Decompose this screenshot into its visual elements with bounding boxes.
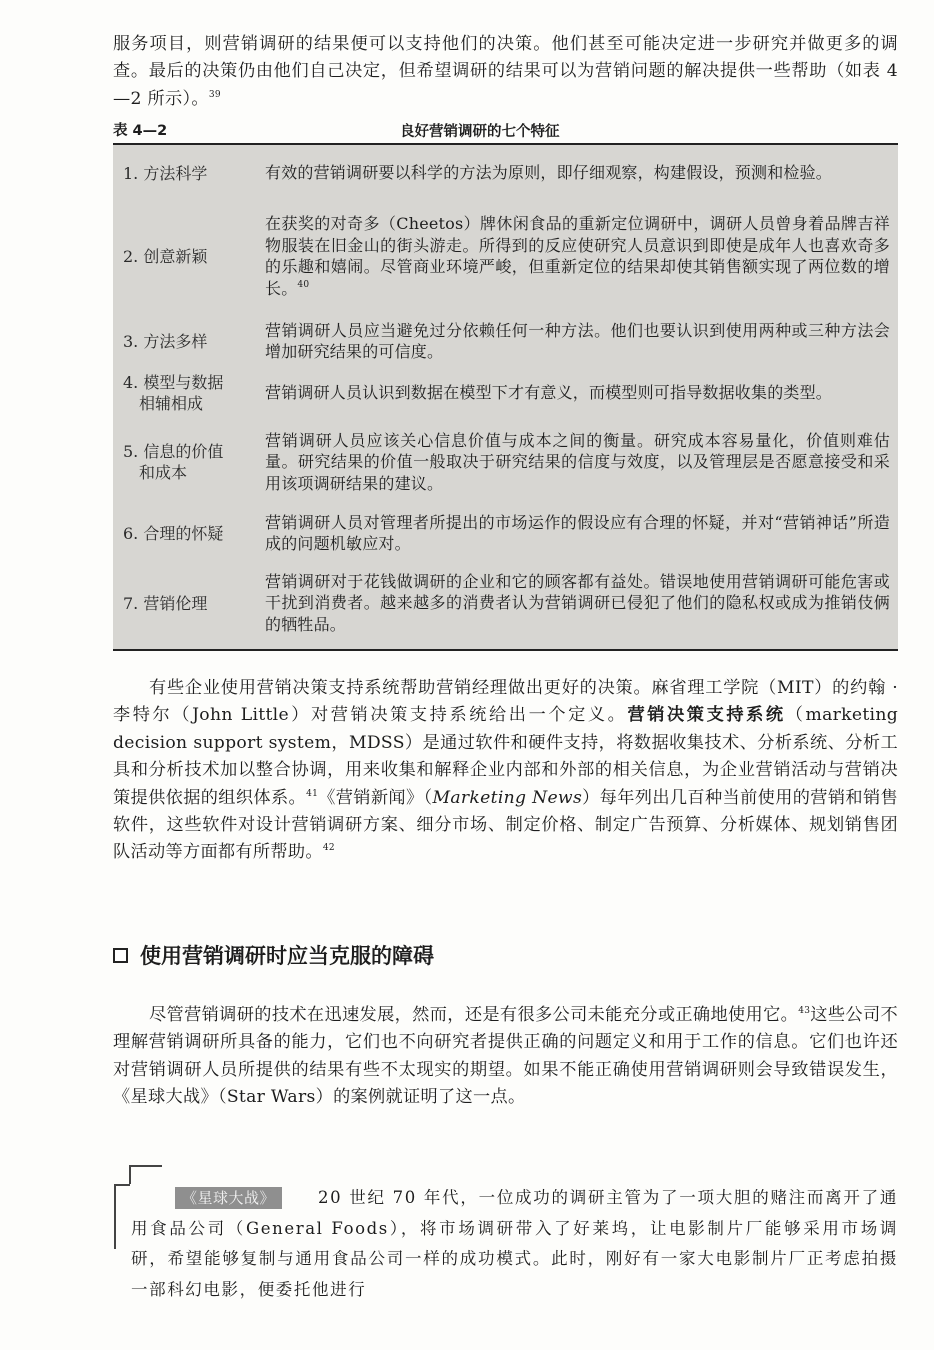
table-row: 6. 合理的怀疑 营销调研人员对管理者所提出的市场运作的假设应有合理的怀疑，并对… (113, 503, 898, 563)
corner-bracket-decoration (114, 1184, 130, 1186)
table-row: 3. 方法多样 营销调研人员应当避免过分依赖任何一种方法。他们也要认识到使用两种… (113, 317, 898, 365)
obstacles-paragraph: 尽管营销调研的技术在迅速发展，然而，还是有很多公司未能充分或正确地使用它。43这… (113, 1002, 898, 1112)
footnote-ref: 43 (798, 1006, 810, 1016)
row-description: 营销调研人员对管理者所提出的市场运作的假设应有合理的怀疑，并对“营销神话”所造成… (265, 512, 898, 555)
case-study-tag: 《星球大战》 (175, 1187, 282, 1209)
row-description: 在获奖的对奇多（Cheetos）牌休闲食品的重新定位调研中，调研人员曾身着品牌吉… (265, 213, 898, 299)
corner-bracket-decoration (129, 1165, 162, 1167)
row-description: 营销调研对于花钱做调研的企业和它的顾客都有益处。错误地使用营销调研可能危害或干扰… (265, 571, 898, 636)
row-label: 6. 合理的怀疑 (113, 523, 265, 544)
table-row: 1. 方法科学 有效的营销调研要以科学的方法为原则，即仔细观察，构建假设，预测和… (113, 151, 898, 195)
corner-bracket-decoration (114, 1184, 116, 1249)
row-label: 1. 方法科学 (113, 163, 265, 184)
row-label: 4. 模型与数据相辅相成 (113, 372, 265, 414)
square-bullet-icon (113, 948, 128, 963)
publication-title: Marketing News (432, 788, 582, 808)
table-title: 良好营销调研的七个特征 (400, 120, 560, 141)
footnote-ref: 41 (306, 789, 318, 799)
case-study-text: 《星球大战》20 世纪 70 年代，一位成功的调研主管为了一项大胆的赌注而离开了… (131, 1183, 898, 1305)
row-description: 营销调研人员应当避免过分依赖任何一种方法。他们也要认识到使用两种或三种方法会增加… (265, 320, 898, 363)
key-term: 营销决策支持系统 (627, 705, 785, 725)
footnote-ref: 40 (297, 280, 309, 290)
intro-paragraph: 服务项目，则营销调研的结果便可以支持他们的决策。他们甚至可能决定进一步研究并做更… (113, 31, 898, 113)
corner-bracket-decoration (129, 1165, 131, 1184)
row-label: 7. 营销伦理 (113, 593, 265, 614)
footnote-ref: 39 (209, 90, 221, 100)
row-label: 3. 方法多样 (113, 331, 265, 352)
table-row: 7. 营销伦理 营销调研对于花钱做调研的企业和它的顾客都有益处。错误地使用营销调… (113, 563, 898, 643)
footnote-ref: 42 (323, 843, 335, 853)
characteristics-table: 1. 方法科学 有效的营销调研要以科学的方法为原则，即仔细观察，构建假设，预测和… (113, 143, 898, 651)
row-label: 2. 创意新颖 (113, 246, 265, 267)
row-description: 有效的营销调研要以科学的方法为原则，即仔细观察，构建假设，预测和检验。 (265, 162, 898, 184)
table-row: 4. 模型与数据相辅相成 营销调研人员认识到数据在模型下才有意义，而模型则可指导… (113, 365, 898, 421)
row-label: 5. 信息的价值和成本 (113, 441, 265, 483)
row-description: 营销调研人员应该关心信息价值与成本之间的衡量。研究成本容易量化，价值则难估量。研… (265, 430, 898, 495)
section-heading: 使用营销调研时应当克服的障碍 (113, 940, 434, 970)
table-row: 5. 信息的价值和成本 营销调研人员应该关心信息价值与成本之间的衡量。研究成本容… (113, 421, 898, 503)
table-number: 表 4—2 (113, 119, 167, 140)
table-row: 2. 创意新颖 在获奖的对奇多（Cheetos）牌休闲食品的重新定位调研中，调研… (113, 195, 898, 317)
mdss-paragraph: 有些企业使用营销决策支持系统帮助营销经理做出更好的决策。麻省理工学院（MIT）的… (113, 675, 898, 867)
row-description: 营销调研人员认识到数据在模型下才有意义，而模型则可指导数据收集的类型。 (265, 382, 898, 404)
table-caption: 表 4—2 良好营销调研的七个特征 (113, 119, 898, 141)
